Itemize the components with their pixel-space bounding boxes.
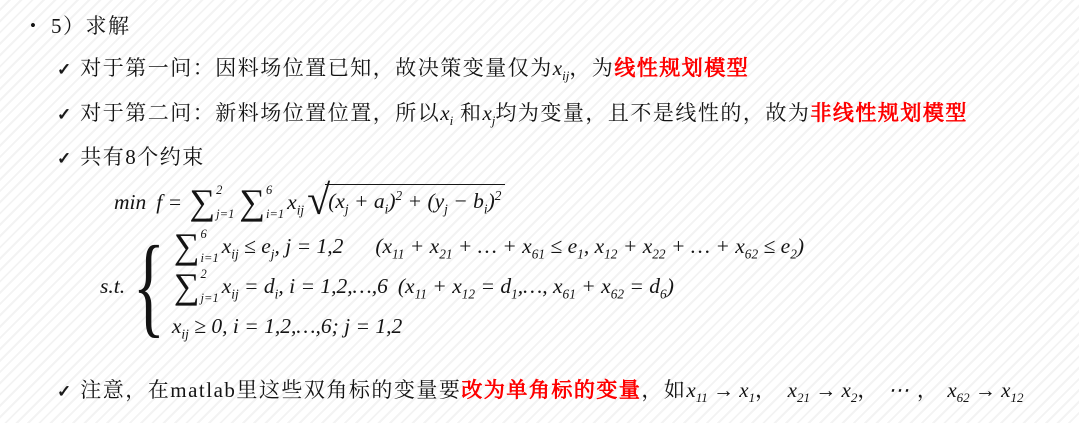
text-token: min xyxy=(114,190,146,215)
sum-operator: ∑6i=1 xyxy=(239,182,284,222)
sum-operator: ∑6i=1 xyxy=(174,226,219,266)
text-token: x21 xyxy=(430,234,453,259)
radicand: (xj + ai)2 + (yj − bi)2 xyxy=(325,184,505,214)
text-token: 对于第一问：因料场位置已知，故决策变量仅为 xyxy=(80,56,553,80)
constraints-block: s.t. { ∑6i=1xij ≤ ej, j = 1,2(x11 + x21 … xyxy=(100,226,804,346)
text-token: ) xyxy=(797,234,804,259)
text-token: + xyxy=(617,234,642,259)
text-token: xj xyxy=(335,189,348,214)
text-token: ( xyxy=(398,274,405,299)
constraint-supply: ∑6i=1xij ≤ ej, j = 1,2(x11 + x21 + … + x… xyxy=(172,226,804,266)
text-token: x21 xyxy=(788,378,810,402)
text-token: xij xyxy=(287,190,304,215)
heading-text: 5）求解 xyxy=(51,10,131,40)
text-token: 和 xyxy=(453,101,482,125)
text-token: → xyxy=(810,378,842,402)
check-icon: ✓ xyxy=(57,60,71,80)
text-token: ，如 xyxy=(641,378,686,402)
text-token: x62 xyxy=(735,234,758,259)
text-token: + xyxy=(349,189,374,214)
text-token: , i = 1,2,…,6 xyxy=(278,274,387,299)
text-token: → xyxy=(708,378,740,402)
text-token: ，为 xyxy=(569,56,614,80)
sigma-glyph: ∑ xyxy=(239,184,265,220)
text-token: + … + xyxy=(666,234,736,259)
text-token: ≤ xyxy=(239,234,262,259)
text-token: e1 xyxy=(568,234,584,259)
text-token: ≥ 0, i = 1,2,…,6; j = 1,2 xyxy=(189,314,402,339)
text-token: d1 xyxy=(500,274,517,299)
bullet-icon: • xyxy=(30,16,36,36)
text-token: + xyxy=(427,274,452,299)
text-token: xj xyxy=(482,101,495,125)
text-token: ， xyxy=(917,378,940,402)
highlighted-text: 改为单角标的变量 xyxy=(461,378,641,402)
text-token: 共有8个约束 xyxy=(80,145,205,169)
constraint-lines: ∑6i=1xij ≤ ej, j = 1,2(x11 + x21 + … + x… xyxy=(172,226,804,346)
text-token: + xyxy=(404,234,429,259)
check-item-1: ✓ 对于第一问：因料场位置已知，故决策变量仅为xij，为线性规划模型 xyxy=(57,52,749,82)
sum-limits: 6i=1 xyxy=(266,182,284,222)
text-token: x61 xyxy=(553,274,576,299)
text-token: + xyxy=(576,274,601,299)
sigma-glyph: ∑ xyxy=(189,184,215,220)
constraint-demand: ∑2j=1xij = di, i = 1,2,…,6(x11 + x12 = d… xyxy=(172,266,804,306)
text-token: x11 xyxy=(383,234,405,259)
note-item: ✓ 注意，在matlab里这些双角标的变量要改为单角标的变量，如x11 → x1… xyxy=(57,374,1024,404)
text-token: x62 xyxy=(601,274,624,299)
slide: • 5）求解 ✓ 对于第一问：因料场位置已知，故决策变量仅为xij，为线性规划模… xyxy=(0,0,1079,423)
text-token: x1 xyxy=(739,378,755,402)
sum-upper-limit: 6 xyxy=(201,228,219,241)
sum-limits: 2j=1 xyxy=(201,266,219,306)
text-token: ， xyxy=(857,378,880,402)
sum-upper-limit: 2 xyxy=(201,268,219,281)
text-token: ej xyxy=(261,234,274,259)
text-token: x11 xyxy=(686,378,707,402)
text-token: xij xyxy=(172,314,189,339)
sum-operator: ∑2j=1 xyxy=(174,266,219,306)
square-root: √(xj + ai)2 + (yj − bi)2 xyxy=(307,184,505,221)
text-token: x11 xyxy=(405,274,427,299)
sigma-glyph: ∑ xyxy=(174,268,200,304)
left-brace: { xyxy=(133,227,165,345)
text-token: 5）求解 xyxy=(51,14,131,38)
text-token: 对于第二问：新料场位置位置，所以 xyxy=(80,101,440,125)
text-token: xij xyxy=(553,56,570,80)
text-token: + xyxy=(402,189,427,214)
text-token: ≤ xyxy=(545,234,568,259)
text-token: + … + xyxy=(453,234,523,259)
text-token: 注意，在matlab里这些双角标的变量要 xyxy=(80,378,461,402)
sum-upper-limit: 2 xyxy=(216,184,234,197)
sum-upper-limit: 6 xyxy=(266,184,284,197)
constraint-nonnegative: xij ≥ 0, i = 1,2,…,6; j = 1,2 xyxy=(172,306,804,346)
check-item-3-text: 共有8个约束 xyxy=(80,141,205,171)
sum-operator: ∑2j=1 xyxy=(189,182,234,222)
text-token: x2 xyxy=(841,378,857,402)
highlighted-text: 非线性规划模型 xyxy=(810,101,968,125)
text-token: = xyxy=(624,274,649,299)
text-token: xi xyxy=(440,101,453,125)
text-token: , xyxy=(584,234,595,259)
text-token: ai xyxy=(374,189,388,214)
sum-lower-limit: i=1 xyxy=(201,252,219,265)
text-token: − xyxy=(448,189,473,214)
check-item-2-text: 对于第二问：新料场位置位置，所以xi 和xj均为变量，且不是线性的，故为非线性规… xyxy=(80,97,968,127)
text-token: ( xyxy=(375,234,382,259)
check-icon: ✓ xyxy=(57,149,71,169)
text-token: xij xyxy=(222,274,239,299)
highlighted-text: 线性规划模型 xyxy=(614,56,749,80)
check-icon: ✓ xyxy=(57,382,71,402)
text-token: ≤ xyxy=(758,234,781,259)
text-token: ,…, xyxy=(518,274,553,299)
text-token: ， xyxy=(755,378,778,402)
text-token: x12 xyxy=(452,274,475,299)
text-token: )2 xyxy=(488,189,502,214)
text-token: ⋯ xyxy=(888,378,909,402)
objective-formula: minf = ∑2j=1∑6i=1xij√(xj + ai)2 + (yj − … xyxy=(114,177,505,227)
text-token: x12 xyxy=(1001,378,1023,402)
check-item-2: ✓ 对于第二问：新料场位置位置，所以xi 和xj均为变量，且不是线性的，故为非线… xyxy=(57,97,968,127)
text-token: xij xyxy=(222,234,239,259)
sigma-glyph: ∑ xyxy=(174,228,200,264)
text-token: d6 xyxy=(649,274,666,299)
sum-limits: 6i=1 xyxy=(201,226,219,266)
text-token: = xyxy=(475,274,500,299)
text-token: x61 xyxy=(522,234,545,259)
note-text: 注意，在matlab里这些双角标的变量要改为单角标的变量，如x11 → x1，x… xyxy=(80,374,1023,404)
text-token: 均为变量，且不是线性的，故为 xyxy=(495,101,810,125)
text-token: )2 xyxy=(388,189,402,214)
check-item-1-text: 对于第一问：因料场位置已知，故决策变量仅为xij，为线性规划模型 xyxy=(80,52,749,82)
check-icon: ✓ xyxy=(57,105,71,125)
text-token: = xyxy=(239,274,264,299)
text-token: x62 xyxy=(947,378,969,402)
text-token: ) xyxy=(667,274,674,299)
sum-limits: 2j=1 xyxy=(216,182,234,222)
text-token: yj xyxy=(435,189,448,214)
text-token: e2 xyxy=(781,234,797,259)
text-token: x12 xyxy=(595,234,618,259)
sum-lower-limit: j=1 xyxy=(201,292,219,305)
bullet-item-heading: • 5）求解 xyxy=(30,10,130,40)
text-token: di xyxy=(264,274,278,299)
sum-lower-limit: i=1 xyxy=(266,208,284,221)
text-token: , j = 1,2 xyxy=(274,234,343,259)
text-token: f = xyxy=(156,190,187,215)
sum-lower-limit: j=1 xyxy=(216,208,234,221)
check-item-3: ✓ 共有8个约束 xyxy=(57,141,205,171)
text-token: x22 xyxy=(643,234,666,259)
text-token: ( xyxy=(427,189,434,214)
st-label: s.t. xyxy=(100,274,125,299)
text-token: → xyxy=(970,378,1002,402)
text-token: bi xyxy=(473,189,487,214)
